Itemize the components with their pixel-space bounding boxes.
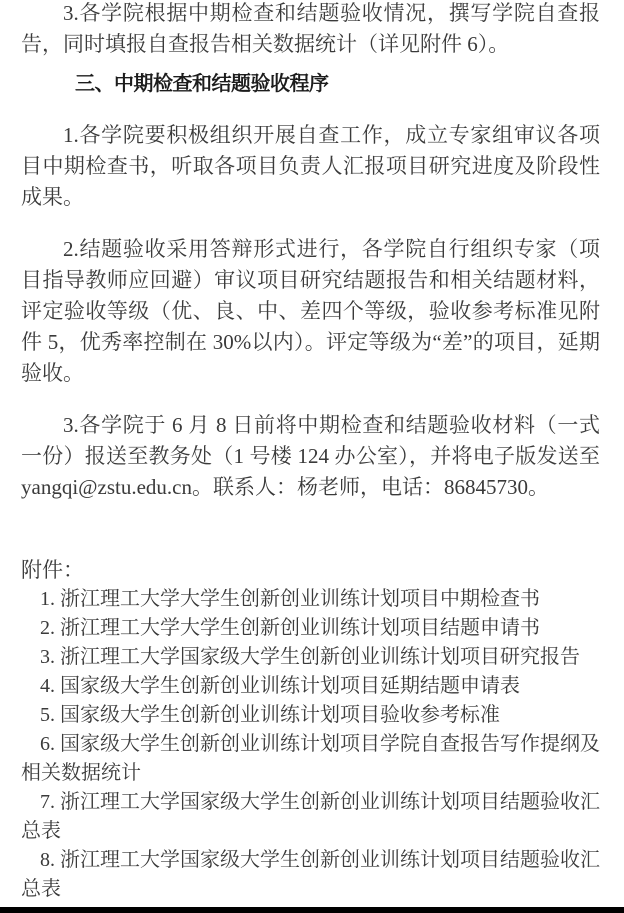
attachment-item-2: 2. 浙江理工大学大学生创新创业训练计划项目结题申请书 <box>21 614 600 643</box>
page-bottom-edge <box>0 907 624 913</box>
section-heading-procedure: 三、中期检查和结题验收程序 <box>75 69 600 99</box>
paragraph-college-self-check-report: 3.各学院根据中期检查和结题验收情况，撰写学院自查报告，同时填报自查报告相关数据… <box>21 0 600 60</box>
attachment-item-1: 1. 浙江理工大学大学生创新创业训练计划项目中期检查书 <box>21 585 600 614</box>
attachments-section: 附件： 1. 浙江理工大学大学生创新创业训练计划项目中期检查书 2. 浙江理工大… <box>21 555 600 904</box>
paragraph-acceptance-defense: 2.结题验收采用答辩形式进行，各学院自行组织专家（项目指导教师应回避）审议项目研… <box>21 234 600 389</box>
document-page: 3.各学院根据中期检查和结题验收情况，撰写学院自查报告，同时填报自查报告相关数据… <box>0 0 624 913</box>
attachments-label: 附件： <box>21 555 600 585</box>
attachment-item-5: 5. 国家级大学生创新创业训练计划项目验收参考标准 <box>21 701 600 730</box>
attachment-item-7: 7. 浙江理工大学国家级大学生创新创业训练计划项目结题验收汇总表 <box>21 788 600 846</box>
attachment-item-8: 8. 浙江理工大学国家级大学生创新创业训练计划项目结题验收汇总表 <box>21 846 600 904</box>
attachment-item-4: 4. 国家级大学生创新创业训练计划项目延期结题申请表 <box>21 672 600 701</box>
paragraph-material-submission: 3.各学院于 6 月 8 日前将中期检查和结题验收材料（一式一份）报送至教务处（… <box>21 410 600 503</box>
paragraph-self-check-organization: 1.各学院要积极组织开展自查工作，成立专家组审议各项目中期检查书，听取各项目负责… <box>21 120 600 213</box>
attachment-item-6: 6. 国家级大学生创新创业训练计划项目学院自查报告写作提纲及相关数据统计 <box>21 730 600 788</box>
attachment-item-3: 3. 浙江理工大学国家级大学生创新创业训练计划项目研究报告 <box>21 643 600 672</box>
document-content: 3.各学院根据中期检查和结题验收情况，撰写学院自查报告，同时填报自查报告相关数据… <box>0 0 624 904</box>
